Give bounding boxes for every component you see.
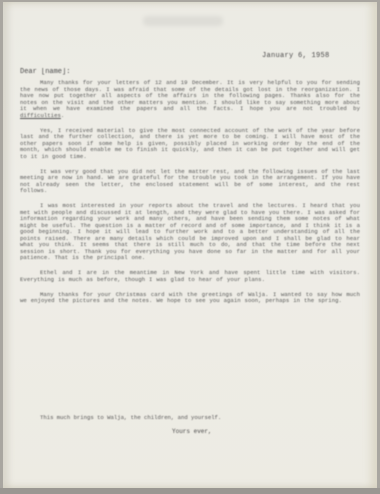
letter-body: Many thanks for your letters of 12 and 1…	[20, 80, 360, 313]
faded-letterhead	[143, 16, 223, 26]
salutation: Dear [name]:	[20, 68, 70, 76]
final-greeting-line: This much brings to Walja, the children,…	[40, 414, 340, 421]
paragraph-2: Yes, I received material to give the mos…	[20, 128, 360, 161]
paragraph-6: Many thanks for your Christmas card with…	[20, 292, 360, 305]
letter-date: January 6, 1958	[262, 52, 330, 60]
underlined-word: difficulties	[20, 112, 61, 119]
closing: Yours ever,	[172, 428, 212, 435]
paragraph-5: Ethel and I are in the meantime in New Y…	[20, 270, 360, 283]
paragraph-1: Many thanks for your letters of 12 and 1…	[20, 80, 360, 119]
scan-bottom-edge	[0, 488, 380, 494]
paragraph-4: I was most interested in your reports ab…	[20, 203, 360, 262]
paragraph-text: Many thanks for your letters of 12 and 1…	[20, 79, 360, 112]
paragraph-3: It was very good that you did not let th…	[20, 169, 360, 195]
